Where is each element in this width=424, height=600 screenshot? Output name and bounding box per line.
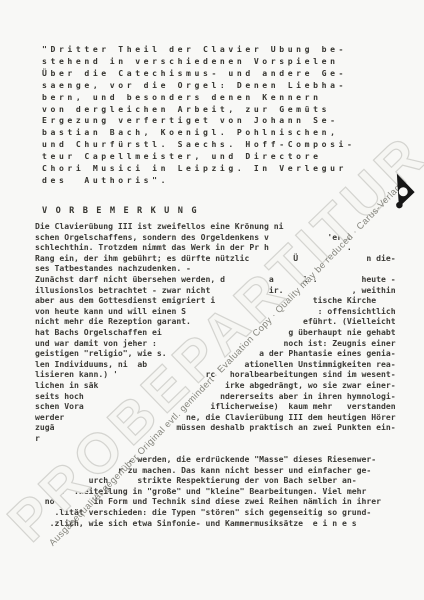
scanned-document-page: "Dritter Theil der Clavier Ubung be- ste…: [0, 0, 424, 600]
title-quote-block: "Dritter Theil der Clavier Ubung be- ste…: [42, 44, 356, 187]
preface-heading: VORBEMERKUNG: [42, 206, 205, 216]
